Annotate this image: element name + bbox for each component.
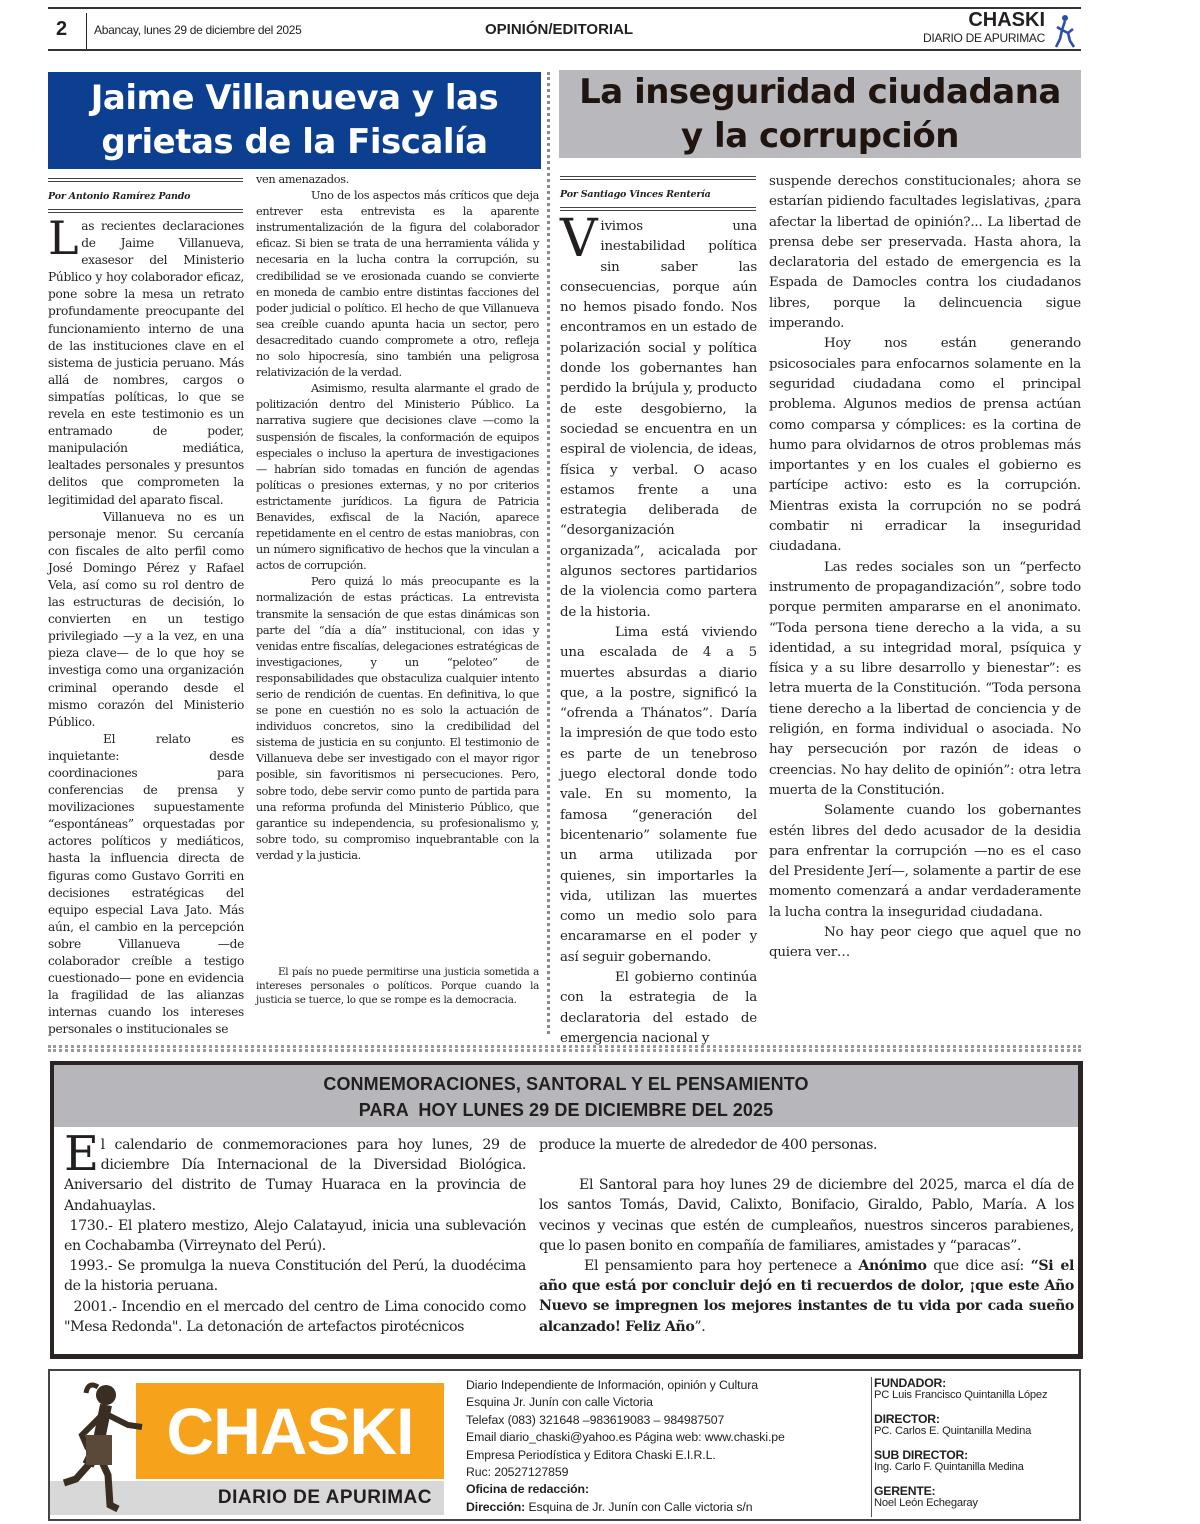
commemorations-title: CONMEMORACIONES, SANTORAL Y EL PENSAMIEN… [54,1065,1078,1127]
dropcap: E [64,1135,101,1173]
footer-imprint: DIARIO DE APURIMAC CHASKI Diario Indepen… [48,1369,1081,1521]
masthead-divider [86,13,87,49]
dropcap: L [48,219,81,257]
paragraph: Lima está viviendo una escalada de 4 a 5… [560,623,757,968]
staff-entry: FUNDADOR: PC Luis Francisco Quintanilla … [874,1377,1081,1401]
section-divider [48,1045,1081,1052]
masthead-brand: CHASKI DIARIO DE APURIMAC [923,9,1045,45]
paragraph: Solamente cuando los gobernantes estén l… [769,801,1081,923]
info-line: Esquina Jr. Junín con calle Victoria [466,1394,866,1411]
paragraph: Las redes sociales son un “perfecto inst… [769,558,1081,802]
chaski-runner-icon [1053,13,1077,49]
paragraph: Villanueva no es un personaje menor. Su … [48,509,244,731]
article2-headline: La inseguridad ciudadana y la corrupción [559,70,1081,158]
headline-line: Jaime Villanueva y las [48,76,541,120]
commemorations-right-column: produce la muerte de alrededor de 400 pe… [539,1135,1074,1337]
paragraph: Vivimos una inestabilidad política sin s… [560,217,757,623]
staff-entry: SUB DIRECTOR: Ing. Carlo F. Quintanilla … [874,1449,1081,1473]
commemorations-box: CONMEMORACIONES, SANTORAL Y EL PENSAMIEN… [50,1061,1083,1359]
section-title: OPINIÓN/EDITORIAL [485,21,633,38]
article1-closing: El país no puede permitirse una justicia… [256,966,539,1008]
article1-headline: Jaime Villanueva y las grietas de la Fis… [48,72,541,169]
event-item: 1730.- El platero mestizo, Alejo Calatay… [64,1216,526,1256]
title-line: CONMEMORACIONES, SANTORAL Y EL PENSAMIEN… [54,1071,1078,1097]
logo-title: CHASKI [136,1383,444,1479]
thought-author: Anónimo [858,1258,926,1274]
article1-column2: ven amenazados. Uno de los aspectos más … [256,172,539,864]
headline-line: y la corrupción [559,114,1081,158]
dateline: Abancay, lunes 29 de diciembre del 2025 [94,23,302,37]
staff-entry: DIRECTOR: PC. Carlos E. Quintanilla Medi… [874,1413,1081,1437]
page-number: 2 [56,18,67,41]
column-separator [547,72,550,1034]
paragraph: Pero quizá lo más preocupante es la norm… [256,574,539,864]
info-line: Empresa Periodística y Editora Chaski E.… [466,1447,866,1464]
paragraph: El país no puede permitirse una justicia… [256,966,539,1008]
headline-line: La inseguridad ciudadana [559,70,1081,114]
article2-byline: Por Santiago Vinces Rentería [560,176,756,211]
paragraph: Hoy nos están generando psicosociales pa… [769,334,1081,557]
masthead: 2 Abancay, lunes 29 de diciembre del 202… [48,7,1081,51]
article2-column2: suspende derechos constitucionales; ahor… [769,172,1081,964]
paragraph: suspende derechos constitucionales; ahor… [769,172,1081,334]
headline-line: grietas de la Fiscalía [48,120,541,164]
paragraph: Asimismo, resulta alarmante el grado de … [256,381,539,574]
paragraph: El gobierno continúa con la estrategia d… [560,968,757,1049]
commemorations-left-column: El calendario de conmemoraciones para ho… [64,1135,526,1337]
office-label: Oficina de redacción: [466,1481,866,1498]
paragraph: El relato es inquietante: desde coordina… [48,731,244,1039]
address-line: Dirección: Esquina de Jr. Junín con Call… [466,1499,866,1516]
chaski-runner-icon [58,1375,148,1515]
info-line: Email diario_chaski@yahoo.es Página web:… [466,1429,866,1446]
info-line: Ruc: 20527127859 [466,1464,866,1481]
continuation: produce la muerte de alrededor de 400 pe… [539,1135,1074,1155]
info-line: Diario Independiente de Información, opi… [466,1377,866,1394]
santoral-paragraph: El Santoral para hoy lunes 29 de diciemb… [539,1175,1074,1256]
title-line: PARA HOY LUNES 29 DE DICIEMBRE DEL 2025 [54,1097,1078,1123]
footer-staff: FUNDADOR: PC Luis Francisco Quintanilla … [871,1377,1081,1517]
article1-column1: Las recientes declaraciones de Jaime Vil… [48,218,244,1039]
brand-subtitle: DIARIO DE APURIMAC [923,31,1045,45]
paragraph: Uno de los aspectos más críticos que dej… [256,188,539,381]
intro-paragraph: El calendario de conmemoraciones para ho… [64,1135,526,1216]
thought-paragraph: El pensamiento para hoy pertenece a Anón… [539,1256,1074,1337]
brand-name: CHASKI [923,9,1045,31]
paragraph: No hay peor ciego que aquel que no quier… [769,923,1081,964]
info-line: Telefax (083) 321648 –983619083 – 984987… [466,1412,866,1429]
article1-byline: Por Antonio Ramírez Pando [48,178,243,213]
event-item: 1993.- Se promulga la nueva Constitución… [64,1256,526,1296]
footer-logo: DIARIO DE APURIMAC CHASKI [50,1371,458,1519]
article2-column1: Vivimos una inestabilidad política sin s… [560,217,757,1049]
staff-entry: GERENTE: Noel León Echegaray [874,1485,1081,1509]
paragraph: Las recientes declaraciones de Jaime Vil… [48,218,244,509]
dropcap: V [560,218,600,260]
paragraph: ven amenazados. [256,172,539,188]
footer-contact-info: Diario Independiente de Información, opi… [466,1377,866,1516]
event-item: 2001.- Incendio en el mercado del centro… [64,1297,526,1337]
